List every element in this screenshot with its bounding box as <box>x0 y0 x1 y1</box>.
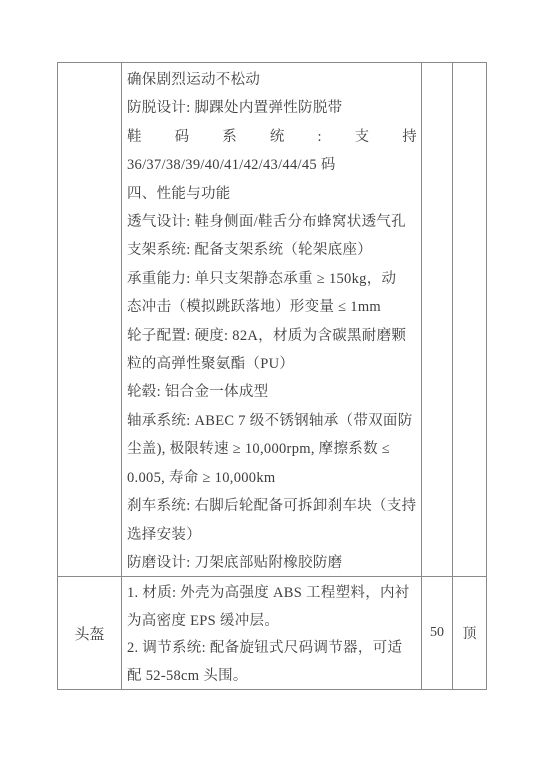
spec-table: 确保剧烈运动不松动防脱设计: 脚踝处内置弹性防脱带鞋码系统:支持36/37/38… <box>57 62 487 690</box>
table-cell-item-row1 <box>58 63 122 577</box>
spec-line: 轮子配置: 硬度: 82A，材质为含碳黑耐磨颗 <box>127 322 417 350</box>
spec-line: 2. 调节系统: 配备旋钮式尺码调节器，可适 <box>127 635 417 663</box>
spec-line: 轴承系统: ABEC 7 级不锈钢轴承（带双面防 <box>127 407 417 435</box>
spec-line: 36/37/38/39/40/41/42/43/44/45 码 <box>127 151 417 179</box>
spec-line: 防脱设计: 脚踝处内置弹性防脱带 <box>127 94 417 122</box>
spec-line: 粒的高弹性聚氨酯（PU） <box>127 350 417 378</box>
table-cell-specs-row2: 1. 材质: 外壳为高强度 ABS 工程塑料，内衬为高密度 EPS 缓冲层。2.… <box>122 577 422 689</box>
spec-line: 防磨设计: 刀架底部贴附橡胶防磨 <box>127 549 417 577</box>
table-cell-unit-row2: 顶 <box>453 577 486 689</box>
spec-line: 态冲击（模拟跳跃落地）形变量 ≤ 1mm <box>127 293 417 321</box>
spec-line: 为高密度 EPS 缓冲层。 <box>127 608 417 636</box>
table-cell-quantity-row1 <box>422 63 453 577</box>
spec-line: 配 52-58cm 头围。 <box>127 663 417 690</box>
spec-line: 尘盖), 极限转速 ≥ 10,000rpm, 摩擦系数 ≤ <box>127 435 417 463</box>
spec-line: 四、性能与功能 <box>127 180 417 208</box>
table-cell-unit-row1 <box>453 63 486 577</box>
table-cell-specs-row1: 确保剧烈运动不松动防脱设计: 脚踝处内置弹性防脱带鞋码系统:支持36/37/38… <box>122 63 422 577</box>
table-cell-item-row2: 头盔 <box>58 577 122 689</box>
spec-line: 支架系统: 配备支架系统（轮架底座） <box>127 236 417 264</box>
spec-line: 选择安装） <box>127 521 417 549</box>
spec-line: 承重能力: 单只支架静态承重 ≥ 150kg，动 <box>127 265 417 293</box>
spec-line: 鞋码系统:支持 <box>127 123 417 151</box>
spec-line: 透气设计: 鞋身侧面/鞋舌分布蜂窝状透气孔 <box>127 208 417 236</box>
spec-line: 1. 材质: 外壳为高强度 ABS 工程塑料，内衬 <box>127 580 417 608</box>
spec-line: 确保剧烈运动不松动 <box>127 66 417 94</box>
spec-line: 刹车系统: 右脚后轮配备可拆卸刹车块（支持 <box>127 492 417 520</box>
table-cell-quantity-row2: 50 <box>422 577 453 689</box>
spec-line: 0.005, 寿命 ≥ 10,000km <box>127 464 417 492</box>
document-page: 确保剧烈运动不松动防脱设计: 脚踝处内置弹性防脱带鞋码系统:支持36/37/38… <box>0 0 543 768</box>
spec-line: 轮毂: 铝合金一体成型 <box>127 378 417 406</box>
